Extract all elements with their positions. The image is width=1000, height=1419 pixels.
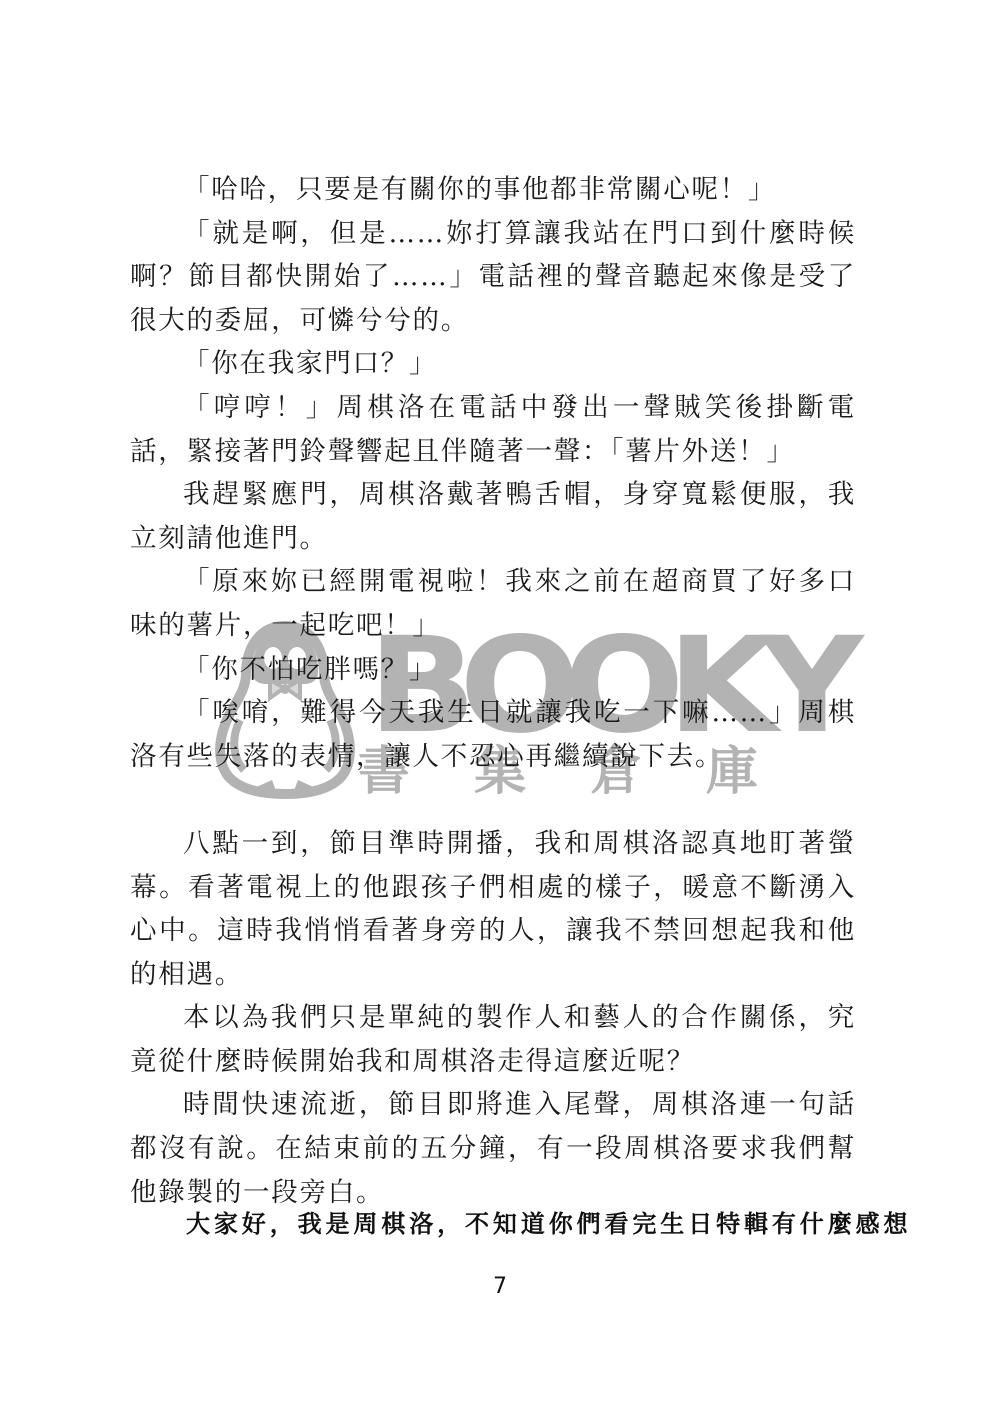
- body-text: 「哈哈，只要是有關你的事他都非常關心呢！」 「就是啊，但是……妳打算讓我站在門口…: [130, 168, 856, 1214]
- paragraph: 「就是啊，但是……妳打算讓我站在門口到什麼時候啊？節目都快開始了……」電話裡的聲…: [130, 212, 856, 343]
- paragraph: 「原來妳已經開電視啦！我來之前在超商買了好多口味的薯片，一起吃吧！」: [130, 560, 856, 647]
- paragraph: 我趕緊應門，周棋洛戴著鴨舌帽，身穿寬鬆便服，我立刻請他進門。: [130, 473, 856, 560]
- page-number: 7: [0, 1274, 1000, 1299]
- narration-text: 大家好，我是周棋洛，不知道你們看完生日特輯有什麼感想: [186, 1204, 911, 1244]
- paragraph: 「哼哼！」周棋洛在電話中發出一聲賊笑後掛斷電話，緊接著門鈴聲響起且伴隨著一聲：「…: [130, 386, 856, 473]
- paragraph: 「你在我家門口？」: [130, 342, 856, 386]
- paragraph: 「哈哈，只要是有關你的事他都非常關心呢！」: [130, 168, 856, 212]
- paragraph: 本以為我們只是單純的製作人和藝人的合作關係，究竟從什麼時候開始我和周棋洛走得這麼…: [130, 996, 856, 1083]
- paragraph: 八點一到，節目準時開播，我和周棋洛認真地盯著螢幕。看著電視上的他跟孩子們相處的樣…: [130, 822, 856, 996]
- document-page: BOOKY 書 集 倉 庫 「哈哈，只要是有關你的事他都非常關心呢！」 「就是啊…: [0, 0, 1000, 1419]
- paragraph: 時間快速流逝，節目即將進入尾聲，周棋洛連一句話都沒有說。在結束前的五分鐘，有一段…: [130, 1083, 856, 1214]
- paragraph: 「唉唷，難得今天我生日就讓我吃一下嘛……」周棋洛有些失落的表情，讓人不忍心再繼續…: [130, 691, 856, 778]
- paragraph: 「你不怕吃胖嗎？」: [130, 648, 856, 692]
